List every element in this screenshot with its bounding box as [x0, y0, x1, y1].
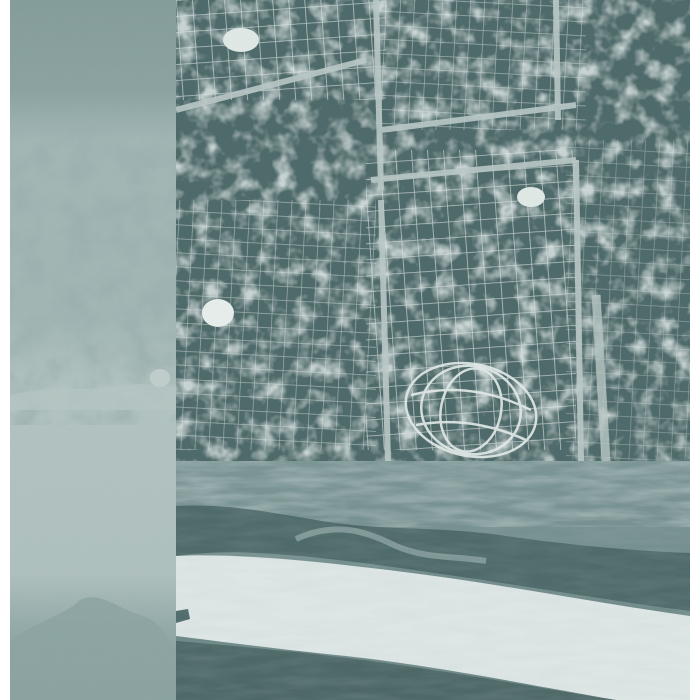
lobster-traps-image	[176, 0, 690, 461]
beach-wave-image	[176, 461, 690, 700]
lobster-traps-photo	[176, 0, 690, 461]
beach-wave-photo	[176, 461, 690, 700]
sea-surface-strip	[10, 0, 176, 700]
sea-surface-image	[10, 0, 176, 700]
